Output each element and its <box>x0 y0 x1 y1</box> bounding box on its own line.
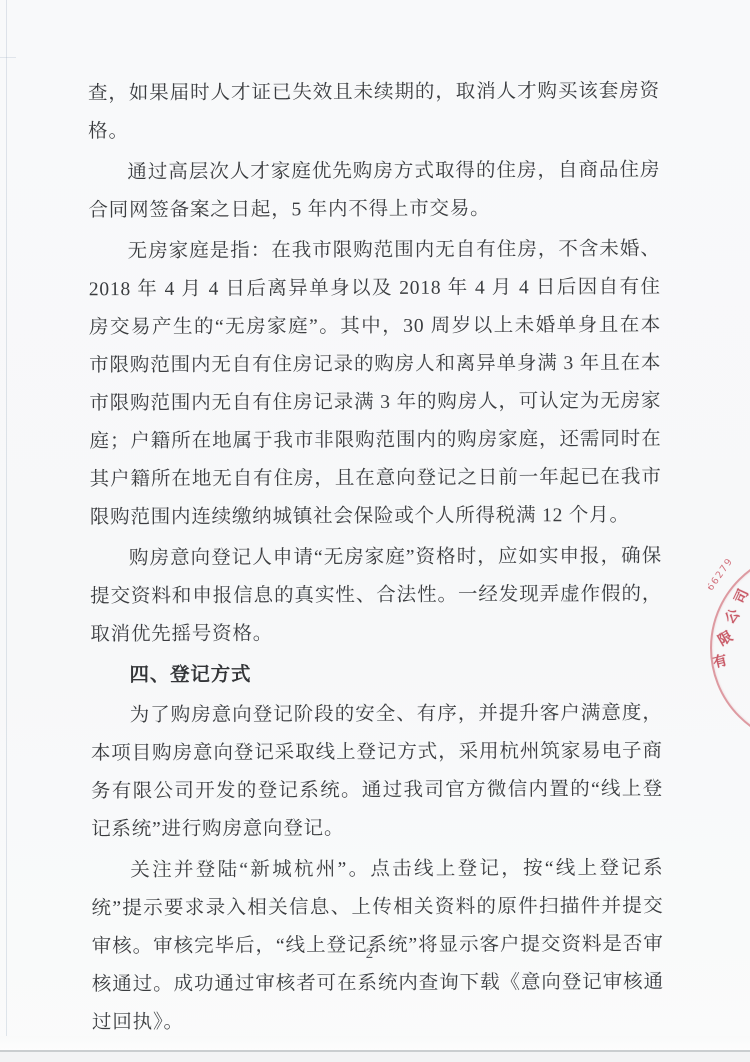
paragraph-truthful-declaration: 购房意向登记人申请“无房家庭”资格时，应如实申报，确保提交资料和申报信息的真实性… <box>90 538 662 654</box>
section-heading-registration-method: 四、登记方式 <box>90 655 662 695</box>
paragraph-talent-housing-restriction: 通过高层次人才家庭优先购房方式取得的住房，自商品住房合同网签备案之日起，5 年内… <box>88 152 660 230</box>
page-number: 2 <box>0 946 740 963</box>
scanned-document-page: 查，如果届时人才证已失效且未续期的，取消人才购买该套房资格。 通过高层次人才家庭… <box>0 0 750 1062</box>
company-seal-stamp: 66279 司 公 限 有 <box>708 538 750 738</box>
paragraph-continuation: 查，如果届时人才证已失效且未续期的，取消人才购买该套房资格。 <box>88 73 660 151</box>
seal-serial-number: 66279 <box>708 556 736 593</box>
seal-circle-arc <box>710 550 750 738</box>
paragraph-online-registration-system: 为了购房意向登记阶段的安全、有序，并提升客户满意度，本项目购房意向登记采取线上登… <box>91 695 664 849</box>
document-body: 查，如果届时人才证已失效且未续期的，取消人才购买该套房资格。 通过高层次人才家庭… <box>88 73 664 1045</box>
seal-character: 司 <box>729 585 750 606</box>
scan-background-below-page <box>0 1052 750 1062</box>
scan-left-edge <box>6 0 7 1048</box>
seal-character: 公 <box>720 604 744 628</box>
paper-bottom-highlight <box>0 1036 750 1050</box>
paragraph-no-house-family-definition: 无房家庭是指：在我市限购范围内无自有住房，不含未婚、2018 年 4 月 4 日… <box>89 231 662 537</box>
scan-artifact-line <box>0 57 16 58</box>
seal-character: 有 <box>711 650 729 673</box>
seal-character: 限 <box>714 626 736 650</box>
